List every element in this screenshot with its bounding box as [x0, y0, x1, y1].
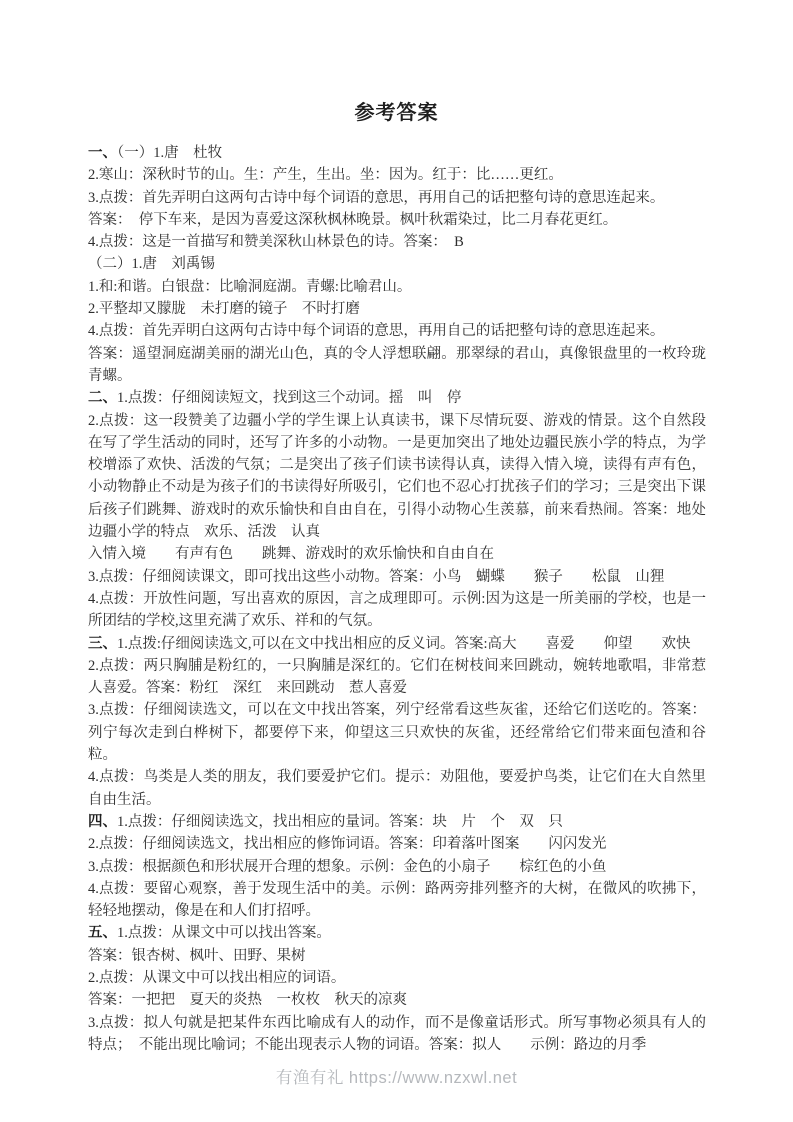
document-paragraph: 五、1.点拨：从课文中可以找出答案。 [88, 922, 706, 944]
document-paragraph: 答案：一把把 夏天的炎热 一枚枚 秋天的凉爽 [88, 989, 706, 1011]
document-paragraph: 二、1.点拨：仔细阅读短文，找到这三个动词。摇 叫 停 [88, 387, 706, 409]
document-paragraph: 3.点拨：仔细阅读课文，即可找出这些小动物。答案：小鸟 蝴蝶 猴子 松鼠 山狸 [88, 566, 706, 588]
document-paragraph: 3.点拨：首先弄明白这两句古诗中每个词语的意思，再用自己的话把整句诗的意思连起来… [88, 187, 706, 209]
document-paragraph: 3.点拨：拟人句就是把某件东西比喻成有人的动作，而不是像童话形式。所写事物必须具… [88, 1012, 706, 1057]
document-paragraph: 3.点拨：仔细阅读选文，可以在文中找出答案，列宁经常看这些灰雀，还给它们送吃的。… [88, 699, 706, 766]
page-title: 参考答案 [0, 0, 793, 126]
document-paragraph: （二）1.唐 刘禹锡 [88, 253, 706, 275]
answer-key-body: 一、（一）1.唐 杜牧2.寒山：深秋时节的山。生：产生，生出。坐：因为。红于：比… [88, 142, 706, 1056]
document-paragraph: 4.点拨：开放性问题，写出喜欢的原因，言之成理即可。示例:因为这是一所美丽的学校… [88, 588, 706, 633]
document-paragraph: 2.寒山：深秋时节的山。生：产生，生出。坐：因为。红于：比……更红。 [88, 164, 706, 186]
document-paragraph: 2.点拨：这一段赞美了边疆小学的学生课上认真读书，课下尽情玩耍、游戏的情景。这个… [88, 410, 706, 544]
document-paragraph: 2.点拨：从课文中可以找出相应的词语。 [88, 967, 706, 989]
document-paragraph: 1.和:和谐。白银盘：比喻洞庭湖。青螺:比喻君山。 [88, 276, 706, 298]
document-paragraph: 四、1.点拨：仔细阅读选文，找出相应的量词。答案：块 片 个 双 只 [88, 811, 706, 833]
document-paragraph: 答案： 停下车来，是因为喜爱这深秋枫林晚景。枫叶秋霜染过，比二月春花更红。 [88, 209, 706, 231]
document-paragraph: 答案：遥望洞庭湖美丽的湖光山色，真的令人浮想联翩。那翠绿的君山，真像银盘里的一枚… [88, 343, 706, 388]
section-number: 二、 [88, 390, 117, 406]
document-paragraph: 入情入境 有声有色 跳舞、游戏时的欢乐愉快和自由自在 [88, 543, 706, 565]
document-paragraph: 4.点拨：鸟类是人类的朋友，我们要爱护它们。提示：劝阻他，要爱护鸟类，让它们在大… [88, 766, 706, 811]
document-page: 参考答案 一、（一）1.唐 杜牧2.寒山：深秋时节的山。生：产生，生出。坐：因为… [0, 0, 793, 1122]
watermark-footer: 有渔有礼 https://www.nzxwl.net [0, 1064, 793, 1088]
document-paragraph: 4.点拨：要留心观察，善于发现生活中的美。示例：路两旁排列整齐的大树，在微风的吹… [88, 878, 706, 923]
document-paragraph: 4.点拨：首先弄明白这两句古诗中每个词语的意思，再用自己的话把整句诗的意思连起来… [88, 320, 706, 342]
document-paragraph: 2.平整却又朦胧 未打磨的镜子 不时打磨 [88, 298, 706, 320]
document-paragraph: 2.点拨：仔细阅读选文，找出相应的修饰词语。答案：印着落叶图案 闪闪发光 [88, 833, 706, 855]
section-number: 五、 [88, 925, 117, 941]
document-paragraph: 4.点拨：这是一首描写和赞美深秋山林景色的诗。答案： B [88, 231, 706, 253]
document-paragraph: 2.点拨：两只胸脯是粉红的，一只胸脯是深红的。它们在树枝间来回跳动，婉转地歌唱，… [88, 655, 706, 700]
section-number: 一、 [88, 145, 117, 161]
document-paragraph: 三、1.点拨:仔细阅读选文,可以在文中找出相应的反义词。答案:高大 喜爱 仰望 … [88, 633, 706, 655]
watermark-text: 有渔有礼 https://www.nzxwl.net [276, 1069, 517, 1087]
section-number: 四、 [88, 814, 117, 830]
document-paragraph: 一、（一）1.唐 杜牧 [88, 142, 706, 164]
document-paragraph: 3.点拨：根据颜色和形状展开合理的想象。示例：金色的小扇子 棕红色的小鱼 [88, 856, 706, 878]
document-paragraph: 答案：银杏树、枫叶、田野、果树 [88, 945, 706, 967]
section-number: 三、 [88, 636, 117, 652]
